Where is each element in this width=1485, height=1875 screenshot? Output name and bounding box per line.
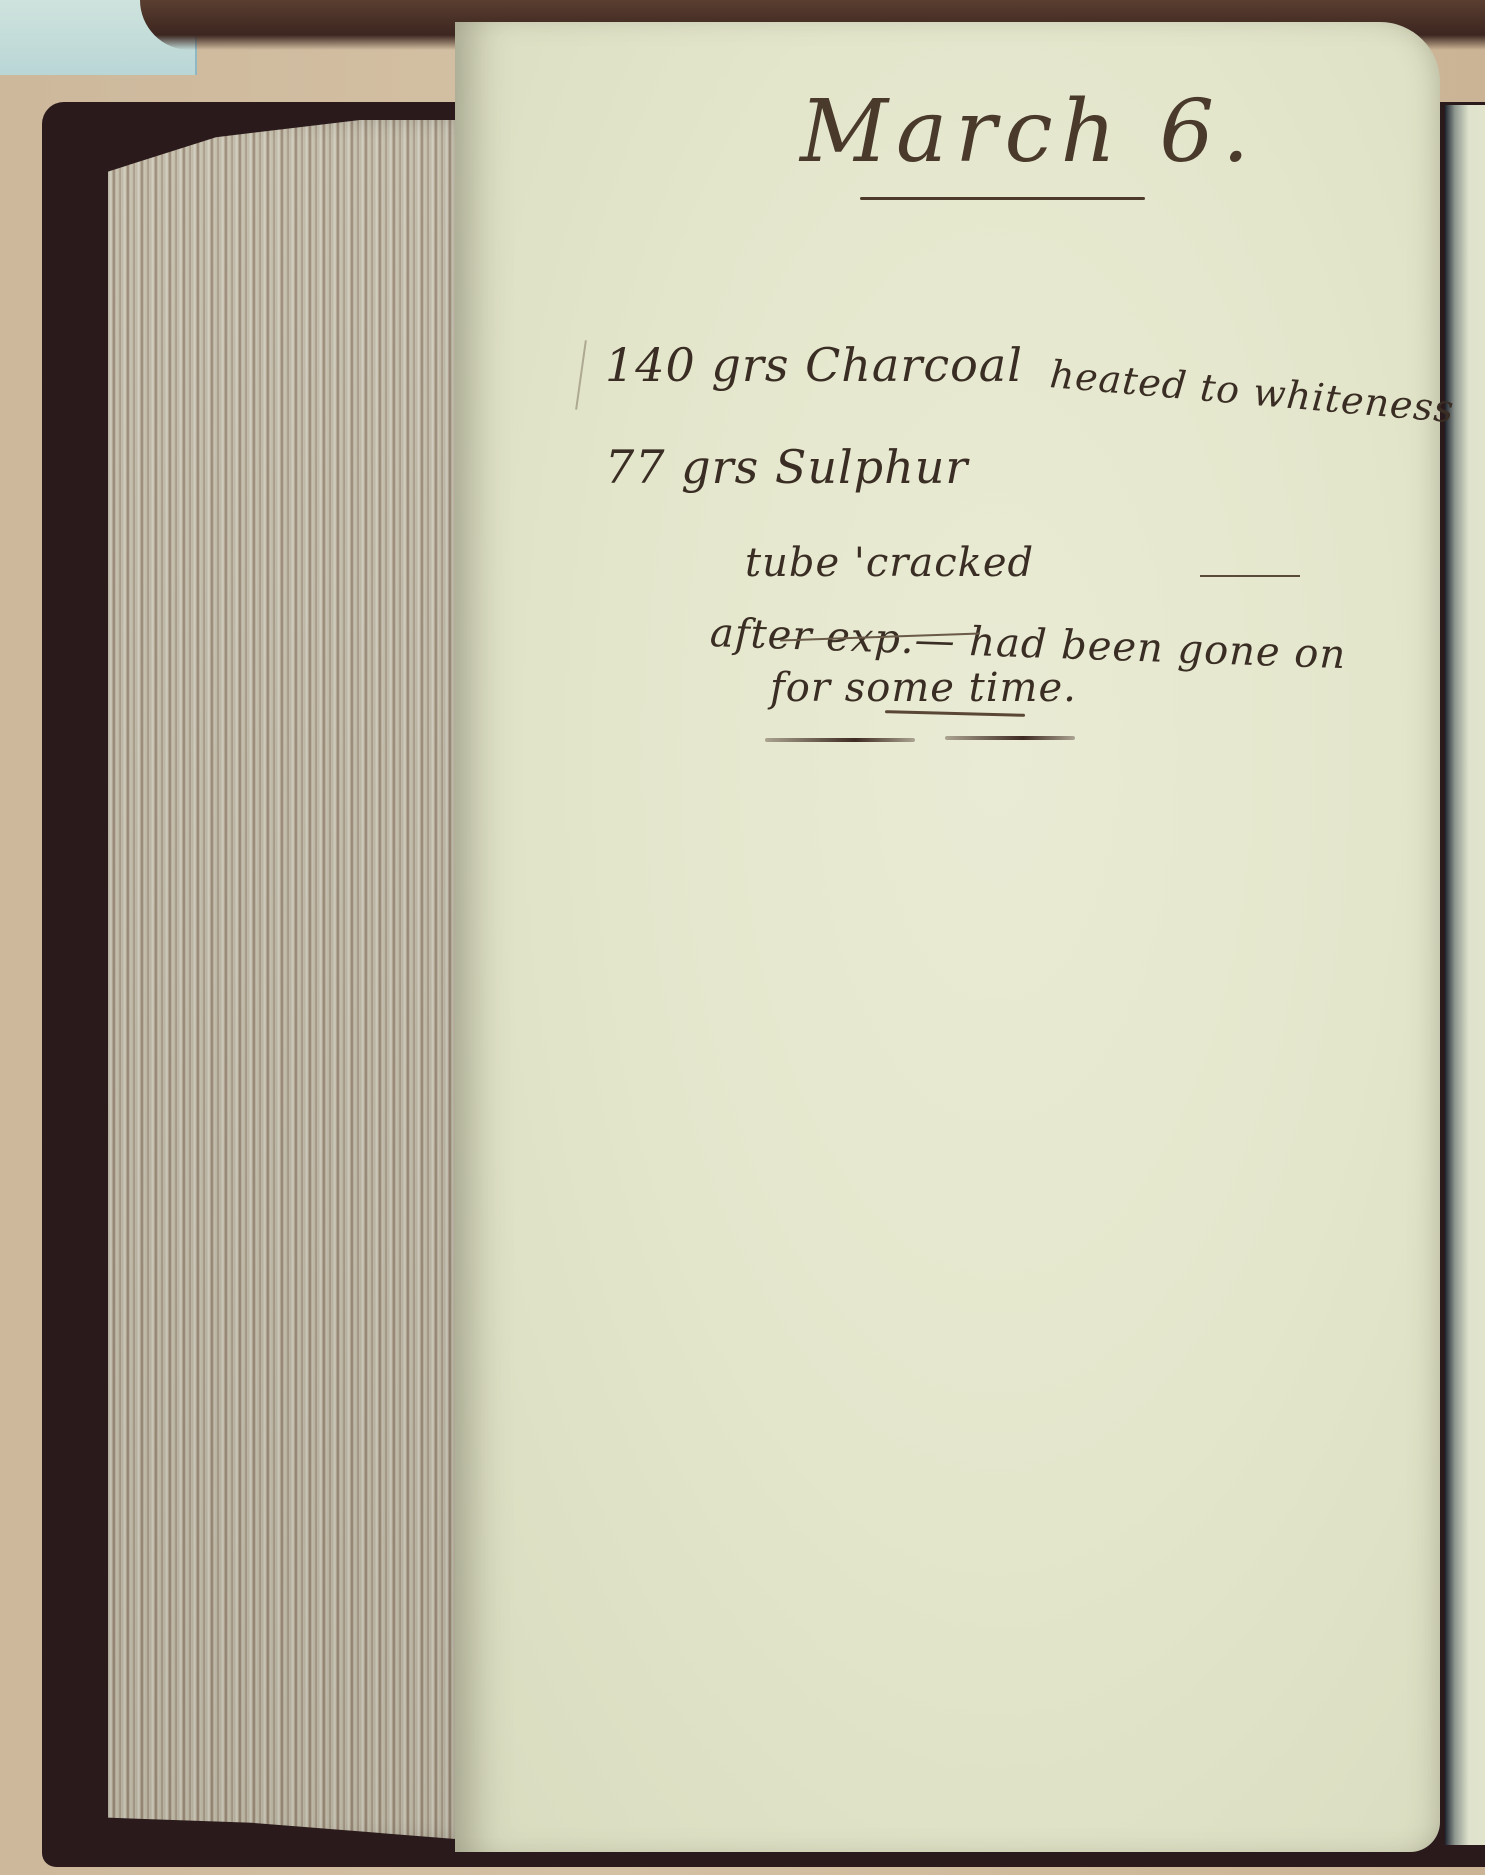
notebook-page	[455, 22, 1440, 1852]
closing-rule-left	[765, 738, 915, 742]
observation-line-1: tube 'cracked	[745, 540, 1034, 586]
observation-line-3: for some time.	[770, 665, 1077, 711]
entry-charcoal: 140 grs Charcoal	[605, 338, 1023, 392]
heading-underline	[860, 197, 1145, 200]
observation-dash	[1200, 575, 1300, 577]
closing-rule-right	[945, 736, 1075, 740]
page-stack-edge	[108, 120, 468, 1840]
page-heading-date: March 6.	[800, 82, 1257, 182]
facing-page-edge	[1445, 105, 1485, 1845]
entry-sulphur: 77 grs Sulphur	[605, 440, 968, 494]
